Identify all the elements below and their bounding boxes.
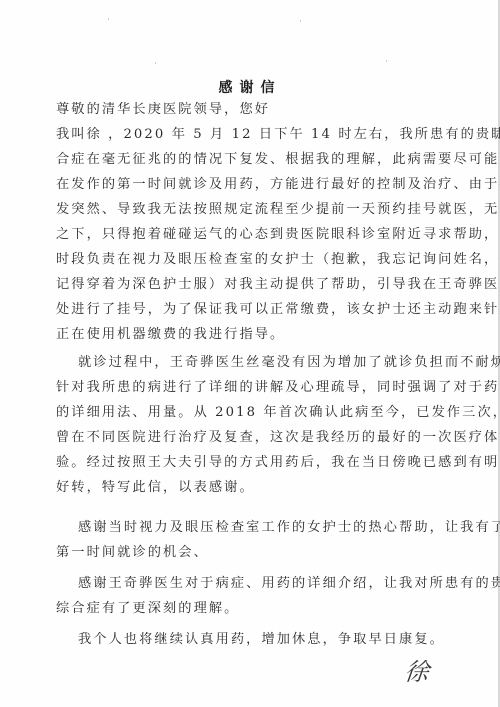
paragraph-1-line-8: 处进行了挂号，为了保证我可以正常缴费，该女护士还主动跑来针对 xyxy=(56,301,446,319)
paragraph-1-line-2: 合症在毫无征兆的的情况下复发、根据我的理解，此病需要尽可能的 xyxy=(56,151,446,169)
scanned-letter-page: 感谢信 尊敬的清华长庚医院领导，您好 我叫徐 ，2020 年 5 月 12 日下… xyxy=(0,0,500,707)
paragraph-1-line-3: 在发作的第一时间就诊及用药，方能进行最好的控制及治疗、由于病 xyxy=(56,176,446,194)
paragraph-4-line-2: 综合症有了更深刻的理解。 xyxy=(56,600,446,618)
paragraph-3-line-1: 感谢当时视力及眼压检查室工作的女护士的热心帮助，让我有了在 xyxy=(78,519,468,537)
paragraph-1-line-4: 发突然、导致我无法按照规定流程至少提前一天预约挂号就医，无奈 xyxy=(56,201,446,219)
paragraph-4-line-1: 感谢王奇骅医生对于病症、用药的详细介绍，让我对所患有的贵睫 xyxy=(78,575,468,593)
handwritten-signature: 徐 xyxy=(403,652,431,687)
paragraph-1-line-9: 正在使用机器缴费的我进行指导。 xyxy=(56,326,446,344)
scan-speck xyxy=(300,20,301,22)
paragraph-2-line-2: 针对我所患的病进行了详细的讲解及心理疏导，同时强调了对于药物 xyxy=(56,379,446,397)
paragraph-2-line-1: 就诊过程中，王奇骅医生丝毫没有因为增加了就诊负担而不耐烦， xyxy=(78,354,468,372)
salutation: 尊敬的清华长庚医院领导，您好 xyxy=(56,101,446,119)
scan-speck xyxy=(108,18,109,20)
paragraph-2-line-3: 的详细用法、用量。从 2018 年首次确认此病至今，已发作三次，我 xyxy=(56,404,446,422)
paragraph-2-line-6: 好转，特写此信，以表感谢。 xyxy=(56,479,446,497)
paragraph-1-line-7: 记得穿着为深色护士服）对我主动提供了帮助，引导我在王奇骅医生 xyxy=(56,276,446,294)
paragraph-1-line-5: 之下，只得抱着碰碰运气的心态到贵医院眼科诊室附近寻求帮助，该 xyxy=(56,226,446,244)
paragraph-3-line-2: 第一时间就诊的机会、 xyxy=(56,544,446,562)
paragraph-5-line-1: 我个人也将继续认真用药，增加休息，争取早日康复。 xyxy=(78,631,468,649)
paragraph-1-line-1: 我叫徐 ，2020 年 5 月 12 日下午 14 时左右，我所患有的贵睫综 xyxy=(56,126,446,144)
scan-speck xyxy=(155,62,156,64)
paragraph-1-line-6: 时段负责在视力及眼压检查室的女护士（抱歉，我忘记询问姓名，仅 xyxy=(56,251,446,269)
scan-speck xyxy=(386,60,387,62)
paragraph-2-line-5: 验。经过按照王大夫引导的方式用药后，我在当日傍晚已感到有明显 xyxy=(56,454,446,472)
letter-title: 感谢信 xyxy=(0,77,500,97)
paragraph-2-line-4: 曾在不同医院进行治疗及复查，这次是我经历的最好的一次医疗体 xyxy=(56,429,446,447)
